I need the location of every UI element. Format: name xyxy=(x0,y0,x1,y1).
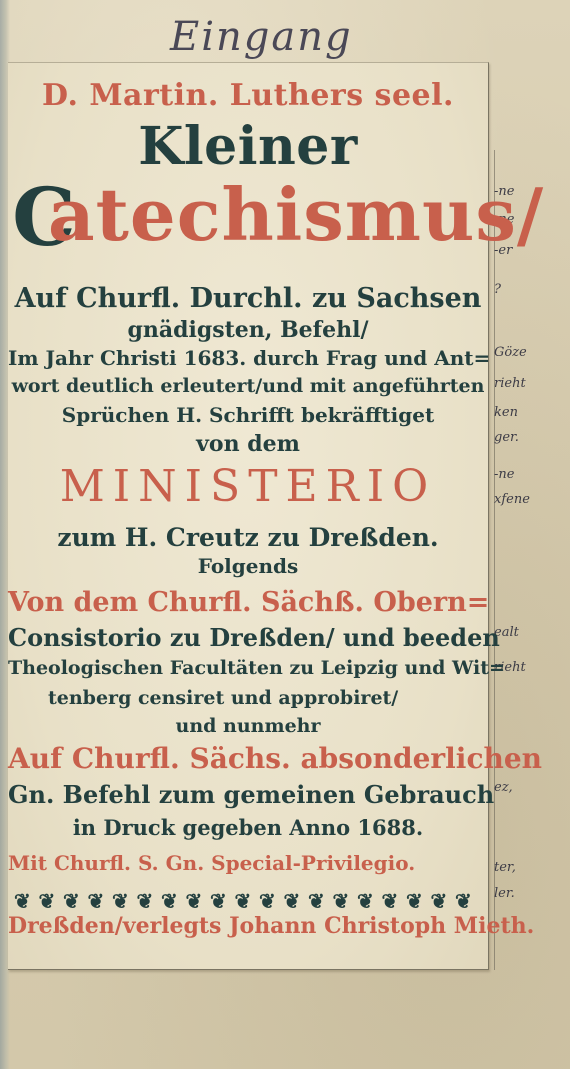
print-line: in Druck gegeben Anno 1688. xyxy=(8,817,488,838)
subtitle-line-6: von dem xyxy=(8,433,488,455)
ornament-glyph-icon: ❦ xyxy=(284,889,301,911)
approval-line-1: Von dem Churfl. Sächß. Obern= xyxy=(8,589,488,616)
approval-line-2: Consistorio zu Dreßden/ und beeden xyxy=(8,626,488,650)
ministerio-line: MINISTERIO xyxy=(8,465,488,509)
ornament-glyph-icon: ❦ xyxy=(39,889,56,911)
ornament-border: ❦❦❦❦❦❦❦❦❦❦❦❦❦❦❦❦❦❦❦ xyxy=(8,889,478,911)
margin-rule xyxy=(494,150,495,970)
folgends-line: Folgends xyxy=(8,556,488,576)
margin-note: Göze xyxy=(494,345,527,360)
ornament-glyph-icon: ❦ xyxy=(333,889,350,911)
ornament-glyph-icon: ❦ xyxy=(382,889,399,911)
margin-note: ? xyxy=(494,282,501,297)
ornament-glyph-icon: ❦ xyxy=(357,889,374,911)
title-line-catechismus: atechismus/ xyxy=(48,179,488,251)
ornament-glyph-icon: ❦ xyxy=(210,889,227,911)
approval-line-4: tenberg censiret und approbiret/ xyxy=(8,689,488,708)
ornament-glyph-icon: ❦ xyxy=(63,889,80,911)
place-line: zum H. Creutz zu Dreßden. xyxy=(8,525,488,550)
subtitle-line-5: Sprüchen H. Schrifft bekräfftiget xyxy=(8,405,488,425)
margin-note: xfene xyxy=(494,492,530,507)
command-line-1: Auf Churfl. Sächs. absonderlichen xyxy=(8,745,488,773)
privilege-line: Mit Churfl. S. Gn. Special-Privilegio. xyxy=(8,853,488,873)
ornament-glyph-icon: ❦ xyxy=(235,889,252,911)
ornament-glyph-icon: ❦ xyxy=(259,889,276,911)
ornament-glyph-icon: ❦ xyxy=(431,889,448,911)
ornament-glyph-icon: ❦ xyxy=(112,889,129,911)
ornament-glyph-icon: ❦ xyxy=(88,889,105,911)
margin-note: ken xyxy=(494,405,518,420)
ornament-glyph-icon: ❦ xyxy=(406,889,423,911)
ornament-glyph-icon: ❦ xyxy=(186,889,203,911)
author-line: D. Martin. Luthers seel. xyxy=(8,81,488,111)
approval-line-5: und nunmehr xyxy=(8,717,488,736)
subtitle-line-4: wort deutlich erleutert/und mit angeführ… xyxy=(8,377,488,396)
margin-note: -ne xyxy=(494,467,514,482)
margin-note: ler. xyxy=(494,886,515,901)
ornament-glyph-icon: ❦ xyxy=(455,889,472,911)
ornament-glyph-icon: ❦ xyxy=(137,889,154,911)
title-line-kleiner: Kleiner xyxy=(8,121,488,173)
margin-note: ger. xyxy=(494,430,519,445)
margin-note: rieht xyxy=(494,376,526,391)
title-page: D. Martin. Luthers seel. Kleiner C atech… xyxy=(8,62,489,970)
subtitle-line-1: Auf Churfl. Durchl. zu Sachsen xyxy=(8,285,488,312)
subtitle-line-2: gnädigsten, Befehl/ xyxy=(8,319,488,341)
subtitle-line-3: Im Jahr Christi 1683. durch Frag und Ant… xyxy=(8,348,488,368)
approval-line-3: Theologischen Facultäten zu Leipzig und … xyxy=(8,659,488,678)
imprint-line: Dreßden/verlegts Johann Christoph Mieth. xyxy=(8,915,488,937)
ornament-glyph-icon: ❦ xyxy=(14,889,31,911)
ornament-glyph-icon: ❦ xyxy=(161,889,178,911)
margin-note: ter, xyxy=(494,860,516,875)
command-line-2: Gn. Befehl zum gemeinen Gebrauch xyxy=(8,783,488,807)
margin-note: ez, xyxy=(494,780,513,795)
ornament-glyph-icon: ❦ xyxy=(308,889,325,911)
handwritten-heading: Eingang xyxy=(170,14,353,60)
